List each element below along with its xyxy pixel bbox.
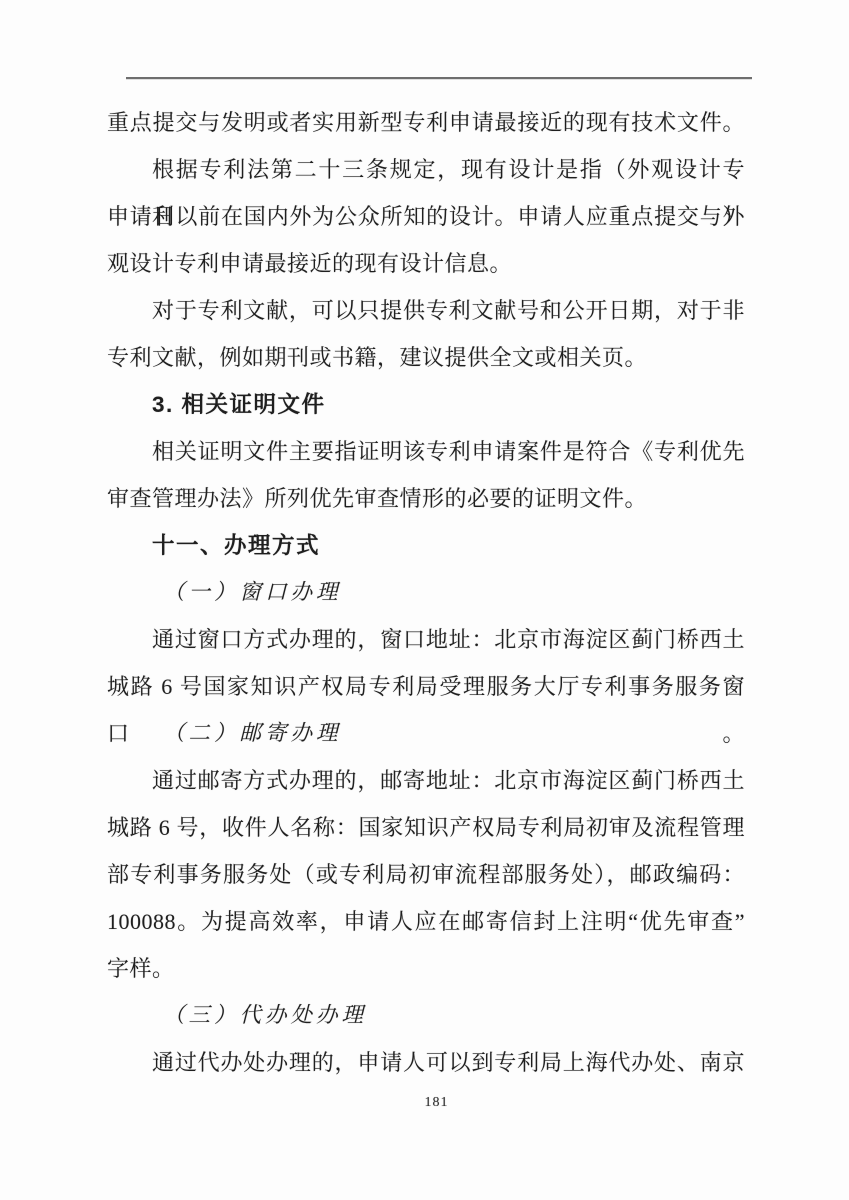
paragraph-line: 通过邮寄方式办理的，邮寄地址：北京市海淀区蓟门桥西土	[107, 757, 745, 804]
paragraph-line: 观设计专利申请最接近的现有设计信息。	[107, 240, 745, 287]
header-rule	[126, 77, 752, 79]
paragraph-line: 申请日以前在国内外为公众所知的设计。申请人应重点提交与外	[107, 193, 745, 240]
paragraph-line: 字样。	[107, 945, 745, 992]
paragraph-line: 通过窗口方式办理的，窗口地址：北京市海淀区蓟门桥西土	[107, 616, 745, 663]
paragraph-line: 100088。为提高效率，申请人应在邮寄信封上注明“优先审查”	[107, 898, 745, 945]
paragraph-line: 对于专利文献，可以只提供专利文献号和公开日期，对于非	[107, 287, 745, 334]
paragraph-line: 审查管理办法》所列优先审查情形的必要的证明文件。	[107, 475, 745, 522]
paragraph-line: 城路 6 号，收件人名称：国家知识产权局专利局初审及流程管理	[107, 804, 745, 851]
page-number: 181	[12, 1093, 849, 1113]
document-page: 重点提交与发明或者实用新型专利申请最接近的现有技术文件。 根据专利法第二十三条规…	[0, 0, 849, 1200]
section-heading-handling-methods: 十一、办理方式	[107, 522, 745, 569]
paragraph-line: 部专利事务服务处（或专利局初审流程部服务处），邮政编码：	[107, 851, 745, 898]
section-heading-related-documents: 3. 相关证明文件	[107, 381, 745, 428]
paragraph-line: 专利文献，例如期刊或书籍，建议提供全文或相关页。	[107, 334, 745, 381]
page-text: 重点提交与发明或者实用新型专利申请最接近的现有技术文件。 根据专利法第二十三条规…	[107, 99, 745, 1086]
paragraph-line: 相关证明文件主要指证明该专利申请案件是符合《专利优先	[107, 428, 745, 475]
paragraph-line: 重点提交与发明或者实用新型专利申请最接近的现有技术文件。	[107, 99, 745, 146]
subsection-heading-agency-handling: （三）代办处办理	[107, 992, 745, 1039]
paragraph-line: 根据专利法第二十三条规定，现有设计是指（外观设计专利）	[107, 146, 745, 193]
paragraph-line: 通过代办处办理的，申请人可以到专利局上海代办处、南京	[107, 1039, 745, 1086]
paragraph-line: 城路 6 号国家知识产权局专利局受理服务大厅专利事务服务窗口。	[107, 663, 745, 710]
subsection-heading-window-handling: （一）窗口办理	[107, 569, 745, 616]
